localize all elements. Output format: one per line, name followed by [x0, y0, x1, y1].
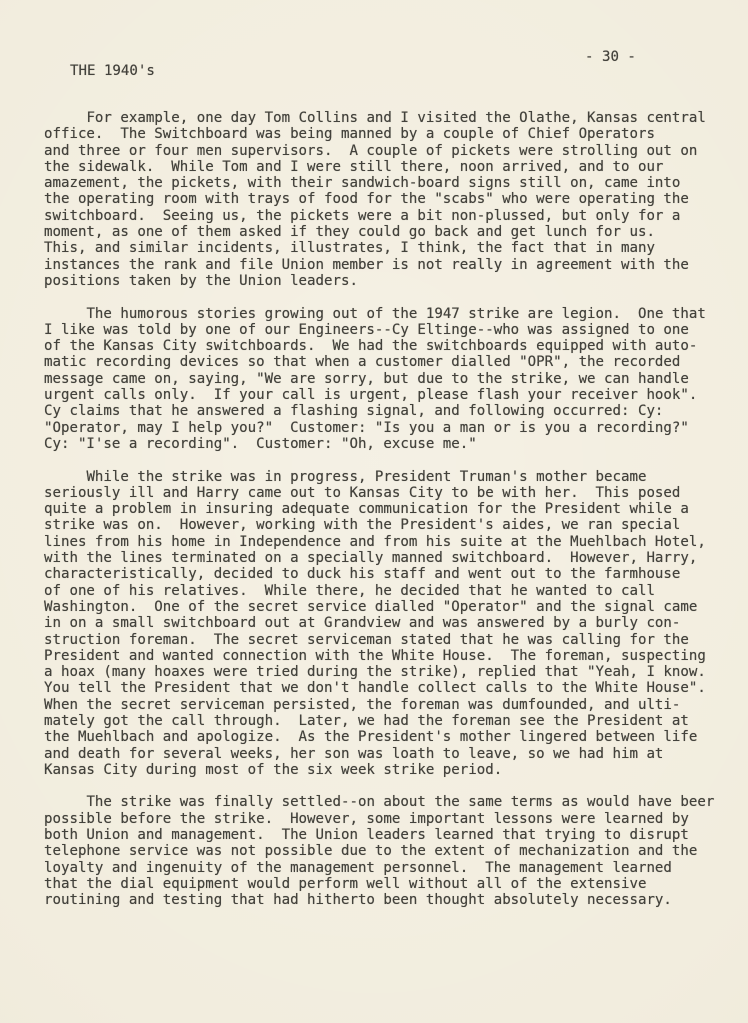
scanned-document-screenshot: { "document": { "header": "THE 1940's", …	[0, 0, 748, 1023]
paragraph: While the strike was in progress, Presid…	[44, 469, 734, 779]
document-body: For example, one day Tom Collins and I v…	[44, 110, 734, 925]
page-number: - 30 -	[585, 49, 636, 65]
section-header: THE 1940's	[70, 63, 155, 79]
paragraph: For example, one day Tom Collins and I v…	[44, 110, 734, 289]
document-page: - 30 - THE 1940's For example, one day T…	[0, 0, 748, 1023]
paragraph: The strike was finally settled--on about…	[44, 794, 734, 908]
paragraph: The humorous stories growing out of the …	[44, 306, 734, 453]
